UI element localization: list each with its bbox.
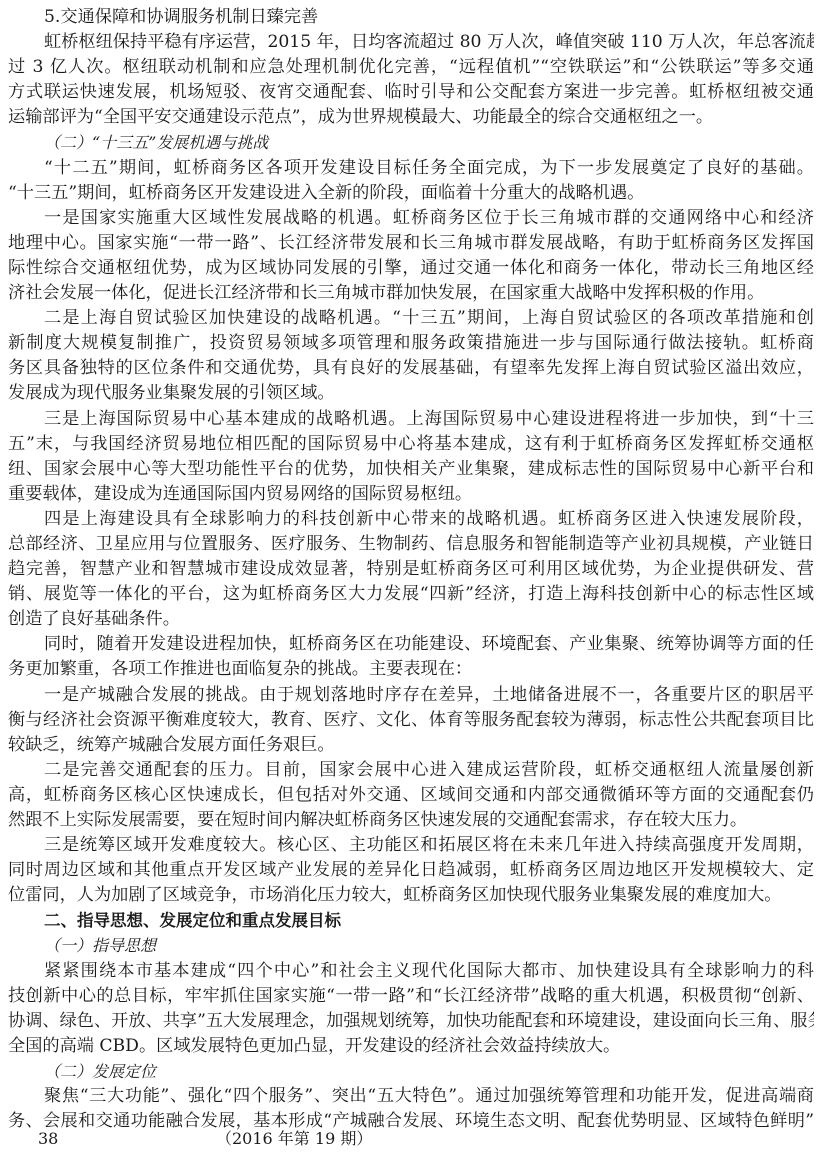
text-line: 方式联运快速发展，机场短驳、夜宵交通配套、临时引导和公交配套方案进一步完善。虹桥… [8, 80, 814, 105]
text-line: “十二五”期间，虹桥商务区各项开发建设目标任务全面完成，为下一步发展奠定了良好的… [8, 156, 814, 181]
text-line: 纽、国家会展中心等大型功能性平台的优势，加快相关产业集聚，建成标志性的国际贸易中… [8, 457, 814, 482]
text-line: 虹桥枢纽保持平稳有序运营，2015 年，日均客流超过 80 万人次，峰值突破 1… [8, 30, 814, 55]
text-line: 二、指导思想、发展定位和重点发展目标 [8, 908, 814, 933]
paragraph: 同时，随着开发建设进程加快，虹桥商务区在功能建设、环境配套、产业集聚、统筹协调等… [8, 632, 814, 682]
text-line: （二）发展定位 [8, 1059, 814, 1084]
text-line: 全国的高端 CBD。区域发展特色更加凸显，开发建设的经济社会效益持续放大。 [8, 1034, 814, 1059]
text-line: 聚焦“三大功能”、强化“四个服务”、突出“五大特色”。通过加强统筹管理和功能开发… [8, 1084, 814, 1109]
text-line: 三是上海国际贸易中心基本建成的战略机遇。上海国际贸易中心建设进程将进一步加快，到… [8, 407, 814, 432]
text-line: 同时，随着开发建设进程加快，虹桥商务区在功能建设、环境配套、产业集聚、统筹协调等… [8, 632, 814, 657]
paragraph: 四是上海建设具有全球影响力的科技创新中心带来的战略机遇。虹桥商务区进入快速发展阶… [8, 507, 814, 632]
document-page: 5.交通保障和协调服务机制日臻完善虹桥枢纽保持平稳有序运营，2015 年，日均客… [8, 5, 814, 1134]
text-line: 紧紧围绕本市基本建成“四个中心”和社会主义现代化国际大都市、加快建设具有全球影响… [8, 959, 814, 984]
text-line: 销、展览等一体化的平台，这为虹桥商务区大力发展“四新”经济，打造上海科技创新中心… [8, 582, 814, 607]
text-line: 二是完善交通配套的压力。目前，国家会展中心进入建成运营阶段，虹桥交通枢纽人流量屡… [8, 758, 814, 783]
section-heading: 二、指导思想、发展定位和重点发展目标 [8, 908, 814, 933]
text-line: 济社会发展一体化，促进长江经济带和长三角城市群加快发展，在国家重大战略中发挥积极… [8, 281, 814, 306]
text-line: 趋完善，智慧产业和智慧城市建设成效显著，特别是虹桥商务区可利用区域优势，为企业提… [8, 557, 814, 582]
text-line: 5.交通保障和协调服务机制日臻完善 [8, 5, 814, 30]
paragraph: 一是产城融合发展的挑战。由于规划落地时序存在差异，土地储备进展不一，各重要片区的… [8, 683, 814, 758]
paragraph: 虹桥枢纽保持平稳有序运营，2015 年，日均客流超过 80 万人次，峰值突破 1… [8, 30, 814, 130]
text-line: 地理中心。国家实施“一带一路”、长江经济带发展和长三角城市群发展战略，有助于虹桥… [8, 231, 814, 256]
text-line: 位雷同，人为加剧了区域竞争，市场消化压力较大，虹桥商务区加快现代服务业集聚发展的… [8, 883, 814, 908]
text-line: 较缺乏，统筹产城融合发展方面任务艰巨。 [8, 733, 814, 758]
text-line: 创造了良好基础条件。 [8, 607, 814, 632]
text-line: 二是上海自贸试验区加快建设的战略机遇。“十三五”期间，上海自贸试验区的各项改革措… [8, 306, 814, 331]
text-line: 新制度大规模复制推广，投资贸易领域多项管理和服务政策措施进一步与国际通行做法接轨… [8, 331, 814, 356]
paragraph: “十二五”期间，虹桥商务区各项开发建设目标任务全面完成，为下一步发展奠定了良好的… [8, 156, 814, 206]
section-heading: （二）发展定位 [8, 1059, 814, 1084]
section-heading: （一）指导思想 [8, 933, 814, 958]
paragraph: 二是完善交通配套的压力。目前，国家会展中心进入建成运营阶段，虹桥交通枢纽人流量屡… [8, 758, 814, 833]
text-line: （一）指导思想 [8, 933, 814, 958]
text-line: 协调、绿色、开放、共享”五大发展理念，加强规划统筹，加快功能配套和环境建设，建设… [8, 1009, 814, 1034]
text-line: 衡与经济社会资源平衡难度较大，教育、医疗、文化、体育等服务配套较为薄弱，标志性公… [8, 708, 814, 733]
text-line: 同时周边区域和其他重点开发区域产业发展的差异化日趋减弱，虹桥商务区周边地区开发规… [8, 858, 814, 883]
section-heading: （二）“十三五”发展机遇与挑战 [8, 130, 814, 155]
page-number: 38 [38, 1127, 58, 1151]
text-line: 技创新中心的总目标，牢牢抓住国家实施“一带一路”和“长江经济带”战略的重大机遇，… [8, 984, 814, 1009]
text-line: 四是上海建设具有全球影响力的科技创新中心带来的战略机遇。虹桥商务区进入快速发展阶… [8, 507, 814, 532]
text-line: 发展成为现代服务业集聚发展的引领区域。 [8, 381, 814, 406]
text-line: 一是国家实施重大区域性发展战略的机遇。虹桥商务区位于长三角城市群的交通网络中心和… [8, 206, 814, 231]
issue-label: （2016 年第 19 期） [216, 1127, 372, 1151]
page-footer: 38 （2016 年第 19 期） [0, 1127, 827, 1151]
text-line: 务更加繁重，各项工作推进也面临复杂的挑战。主要表现在： [8, 657, 814, 682]
text-line: “十三五”期间，虹桥商务区开发建设进入全新的阶段，面临着十分重大的战略机遇。 [8, 181, 814, 206]
text-line: 一是产城融合发展的挑战。由于规划落地时序存在差异，土地储备进展不一，各重要片区的… [8, 683, 814, 708]
text-line: 五”末，与我国经济贸易地位相匹配的国际贸易中心将基本建成，这有利于虹桥商务区发挥… [8, 432, 814, 457]
text-line: 过 3 亿人次。枢纽联动机制和应急处理机制优化完善，“远程值机”“空铁联运”和“… [8, 55, 814, 80]
text-line: 三是统筹区域开发难度较大。核心区、主功能区和拓展区将在未来几年进入持续高强度开发… [8, 833, 814, 858]
text-line: 高，虹桥商务区核心区快速成长，但包括对外交通、区域间交通和内部交通微循环等方面的… [8, 783, 814, 808]
paragraph: 三是统筹区域开发难度较大。核心区、主功能区和拓展区将在未来几年进入持续高强度开发… [8, 833, 814, 908]
text-line: 际性综合交通枢纽优势，成为区域协同发展的引擎，通过交通一体化和商务一体化，带动长… [8, 256, 814, 281]
paragraph: 紧紧围绕本市基本建成“四个中心”和社会主义现代化国际大都市、加快建设具有全球影响… [8, 959, 814, 1059]
text-line: 总部经济、卫星应用与位置服务、医疗服务、生物制药、信息服务和智能制造等产业初具规… [8, 532, 814, 557]
text-line: 然跟不上实际发展需要，要在短时间内解决虹桥商务区快速发展的交通配套需求，存在较大… [8, 808, 814, 833]
text-line: （二）“十三五”发展机遇与挑战 [8, 130, 814, 155]
text-line: 运输部评为“全国平安交通建设示范点”，成为世界规模最大、功能最全的综合交通枢纽之… [8, 105, 814, 130]
paragraph: 一是国家实施重大区域性发展战略的机遇。虹桥商务区位于长三角城市群的交通网络中心和… [8, 206, 814, 306]
section-heading: 5.交通保障和协调服务机制日臻完善 [8, 5, 814, 30]
paragraph: 二是上海自贸试验区加快建设的战略机遇。“十三五”期间，上海自贸试验区的各项改革措… [8, 306, 814, 406]
paragraph: 三是上海国际贸易中心基本建成的战略机遇。上海国际贸易中心建设进程将进一步加快，到… [8, 407, 814, 507]
text-line: 务区具备独特的区位条件和交通优势，具有良好的发展基础，有望率先发挥上海自贸试验区… [8, 356, 814, 381]
text-line: 重要载体，建设成为连通国际国内贸易网络的国际贸易枢纽。 [8, 482, 814, 507]
